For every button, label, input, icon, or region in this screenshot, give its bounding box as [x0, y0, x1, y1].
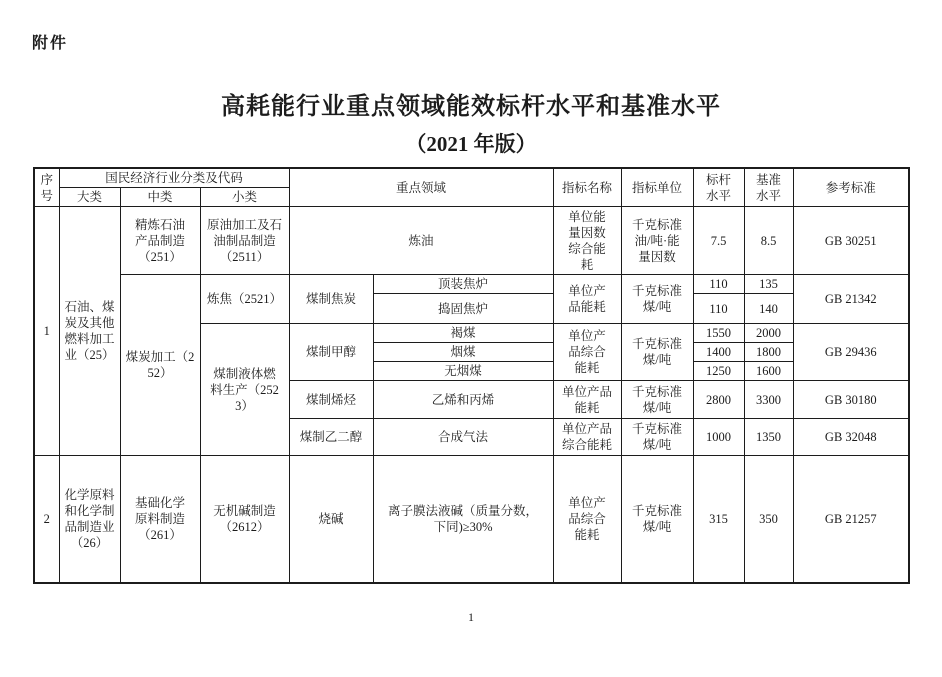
cell-caustic-route: 离子膜法液碱（质量分数，下同)≥30% [373, 456, 553, 583]
cell-coking-top-benchmark: 110 [693, 275, 744, 294]
cell-section1-seq: 1 [34, 207, 59, 456]
cell-methanol-anthracite-benchmark: 1250 [693, 362, 744, 381]
header-baseline-level: 基准水平 [744, 168, 793, 207]
cell-coking-sub-class: 炼焦（2521） [200, 275, 289, 324]
cell-liquid-fuel-sub-class: 煤制液体燃料生产（2523） [200, 324, 289, 456]
cell-methanol-anthracite-baseline: 1600 [744, 362, 793, 381]
cell-caustic-benchmark: 315 [693, 456, 744, 583]
cell-section2-mid-class: 基础化学原料制造（261） [120, 456, 200, 583]
cell-caustic-unit: 千克标准煤/吨 [621, 456, 693, 583]
cell-coking-unit: 千克标准煤/吨 [621, 275, 693, 324]
cell-methanol-bituminous-baseline: 1800 [744, 343, 793, 362]
cell-coking-indicator: 单位产品能耗 [553, 275, 621, 324]
cell-glycol-benchmark: 1000 [693, 419, 744, 456]
header-key-field: 重点领域 [289, 168, 553, 207]
cell-caustic-baseline: 350 [744, 456, 793, 583]
cell-olefin-unit: 千克标准煤/吨 [621, 381, 693, 419]
header-mid-class: 中类 [120, 188, 200, 207]
header-seq: 序号 [34, 168, 59, 207]
cell-methanol-ref: GB 29436 [793, 324, 909, 381]
cell-glycol-field: 煤制乙二醇 [289, 419, 373, 456]
cell-glycol-ref: GB 32048 [793, 419, 909, 456]
cell-olefin-ref: GB 30180 [793, 381, 909, 419]
table-row: 2 化学原料和化学制品制造业（26） 基础化学原料制造（261） 无机碱制造（2… [34, 456, 909, 583]
cell-section2-sub-class: 无机碱制造（2612） [200, 456, 289, 583]
cell-refining-unit: 千克标准油/吨·能量因数 [621, 207, 693, 275]
cell-glycol-baseline: 1350 [744, 419, 793, 456]
cell-olefin-baseline: 3300 [744, 381, 793, 419]
cell-coking-stamp-baseline: 140 [744, 294, 793, 324]
header-reference-standard: 参考标准 [793, 168, 909, 207]
cell-section2-major-class: 化学原料和化学制品制造业（26） [59, 456, 120, 583]
cell-methanol-unit: 千克标准煤/吨 [621, 324, 693, 381]
cell-coking-field: 煤制焦炭 [289, 275, 373, 324]
cell-methanol-field: 煤制甲醇 [289, 324, 373, 381]
header-indicator-unit: 指标单位 [621, 168, 693, 207]
cell-methanol-bituminous-benchmark: 1400 [693, 343, 744, 362]
attachment-label: 附件 [32, 30, 68, 53]
cell-coking-stamp-benchmark: 110 [693, 294, 744, 324]
benchmark-table: 序号 国民经济行业分类及代码 重点领域 指标名称 指标单位 标杆水平 基准水平 … [33, 167, 910, 584]
cell-caustic-field: 烧碱 [289, 456, 373, 583]
header-benchmark-level: 标杆水平 [693, 168, 744, 207]
header-sub-class: 小类 [200, 188, 289, 207]
cell-refining-mid-class: 精炼石油产品制造（251） [120, 207, 200, 275]
table-row: 煤炭加工（252） 炼焦（2521） 煤制焦炭 顶装焦炉 单位产品能耗 千克标准… [34, 275, 909, 294]
cell-refining-ref: GB 30251 [793, 207, 909, 275]
cell-olefin-route: 乙烯和丙烯 [373, 381, 553, 419]
cell-methanol-indicator: 单位产品综合能耗 [553, 324, 621, 381]
cell-methanol-lignite-label: 褐煤 [373, 324, 553, 343]
page-number: 1 [0, 610, 942, 625]
header-indicator-name: 指标名称 [553, 168, 621, 207]
cell-olefin-indicator: 单位产品能耗 [553, 381, 621, 419]
header-major-class: 大类 [59, 188, 120, 207]
cell-refining-benchmark: 7.5 [693, 207, 744, 275]
cell-coking-top-baseline: 135 [744, 275, 793, 294]
cell-olefin-field: 煤制烯烃 [289, 381, 373, 419]
cell-caustic-ref: GB 21257 [793, 456, 909, 583]
cell-methanol-lignite-benchmark: 1550 [693, 324, 744, 343]
cell-methanol-lignite-baseline: 2000 [744, 324, 793, 343]
cell-glycol-route: 合成气法 [373, 419, 553, 456]
cell-refining-indicator: 单位能量因数综合能耗 [553, 207, 621, 275]
cell-refining-sub-class: 原油加工及石油制品制造（2511） [200, 207, 289, 275]
table-row: 1 石油、煤炭及其他燃料加工业（25） 精炼石油产品制造（251） 原油加工及石… [34, 207, 909, 275]
cell-coking-ref: GB 21342 [793, 275, 909, 324]
cell-glycol-unit: 千克标准煤/吨 [621, 419, 693, 456]
page-title: 高耗能行业重点领域能效标杆水平和基准水平 [0, 86, 942, 121]
cell-refining-field: 炼油 [289, 207, 553, 275]
cell-methanol-anthracite-label: 无烟煤 [373, 362, 553, 381]
page-subtitle: （2021 年版） [0, 128, 942, 158]
cell-section1-major-class: 石油、煤炭及其他燃料加工业（25） [59, 207, 120, 456]
header-industry-classification: 国民经济行业分类及代码 [59, 168, 289, 188]
cell-olefin-benchmark: 2800 [693, 381, 744, 419]
cell-methanol-bituminous-label: 烟煤 [373, 343, 553, 362]
cell-caustic-indicator: 单位产品综合能耗 [553, 456, 621, 583]
cell-glycol-indicator: 单位产品综合能耗 [553, 419, 621, 456]
cell-coal-processing-mid-class: 煤炭加工（252） [120, 275, 200, 456]
cell-coking-stamp-charging-label: 捣固焦炉 [373, 294, 553, 324]
cell-section2-seq: 2 [34, 456, 59, 583]
document-page: 附件 高耗能行业重点领域能效标杆水平和基准水平 （2021 年版） 序号 国民经… [0, 0, 942, 677]
cell-refining-baseline: 8.5 [744, 207, 793, 275]
cell-coking-top-charging-label: 顶装焦炉 [373, 275, 553, 294]
